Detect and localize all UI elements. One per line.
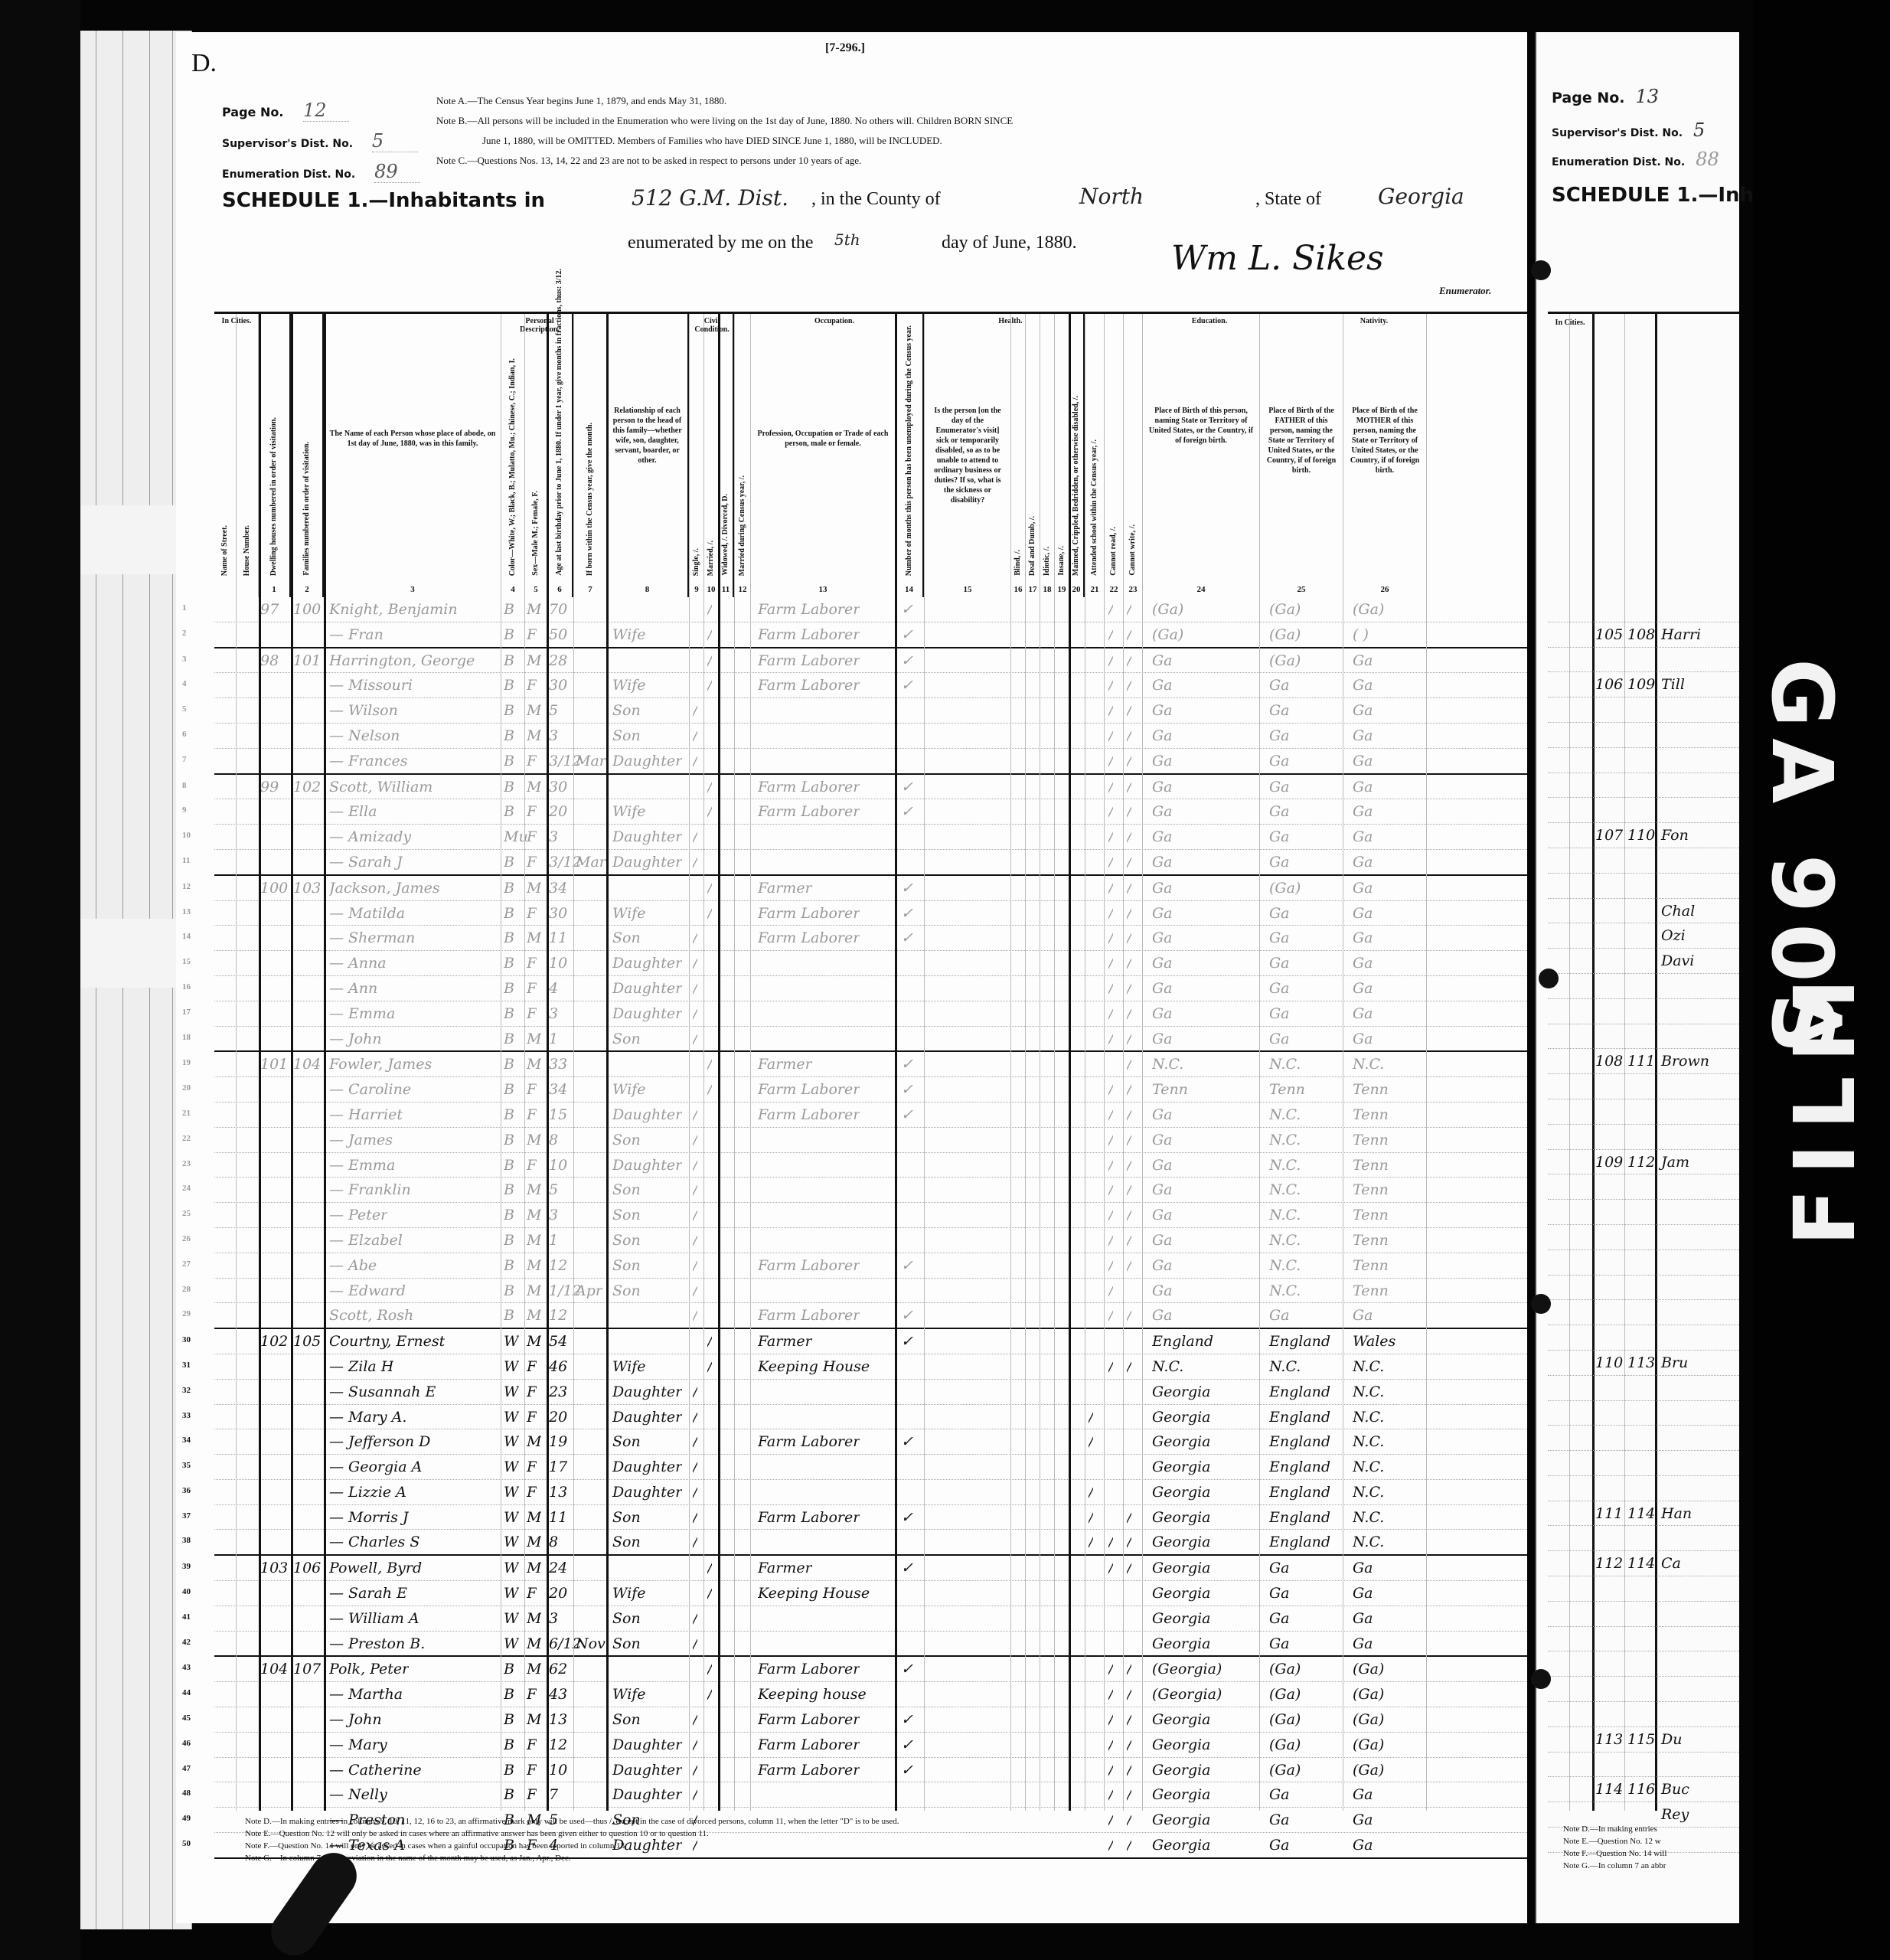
cannot-write-cell: / [1127, 1307, 1131, 1324]
cannot-write-cell: / [1127, 1005, 1131, 1022]
p2-table-row [1548, 1627, 1739, 1652]
occupation-cell: Farm Laborer [758, 1257, 860, 1274]
relationship-cell: Daughter [612, 1786, 682, 1803]
line-number: 8 [182, 781, 187, 790]
mother-birthplace-cell: (Ga) [1353, 1762, 1384, 1779]
p2-table-row [1548, 1225, 1739, 1250]
civil-condition-mark: / [707, 803, 712, 820]
father-birthplace-cell: Tenn [1269, 1081, 1305, 1098]
mother-birthplace-cell: ( ) [1353, 626, 1369, 643]
person-name: Du [1661, 1731, 1682, 1748]
relationship-cell: Wife [612, 1686, 646, 1703]
unemployed-cell: ✓ [901, 1333, 913, 1350]
p2-table-row [1548, 1200, 1739, 1225]
mother-birthplace-cell: Tenn [1353, 1282, 1389, 1299]
line-number: 9 [182, 805, 187, 815]
p2-table-row [1548, 1677, 1739, 1702]
column-rule [547, 314, 549, 1811]
dwelling-number: 109 [1595, 1154, 1623, 1171]
age-cell: 1 [549, 1232, 558, 1249]
sex-cell: M [527, 880, 541, 897]
occupation-cell: Farm Laborer [758, 1736, 860, 1753]
column-rule [1085, 314, 1085, 1811]
relationship-cell: Son [612, 1711, 641, 1728]
enumerator-label: Enumerator. [1439, 285, 1491, 297]
cannot-write-cell: / [1127, 828, 1131, 845]
column-rule [524, 314, 525, 1811]
family-number: 102 [293, 779, 321, 795]
sex-cell: F [527, 980, 537, 997]
p2-table-row [1548, 723, 1739, 748]
color-cell: B [504, 854, 514, 871]
occupation-cell: Farmer [758, 1056, 812, 1073]
day-value: 5th [834, 230, 860, 250]
enumerator-signature: Wm L. Sikes [1171, 239, 1384, 278]
relationship-cell: Daughter [612, 1762, 682, 1779]
color-cell: W [504, 1409, 519, 1426]
cannot-read-cell: / [1108, 626, 1113, 643]
mother-birthplace-cell: N.C. [1353, 1534, 1384, 1550]
p2-table-row: 114116Buc [1548, 1777, 1739, 1802]
unemployed-cell: ✓ [901, 1509, 913, 1526]
civil-condition-mark: / [693, 854, 697, 871]
table-row: 4646— MaryBF12DaughterFarm Laborer✓//Geo… [214, 1733, 1527, 1758]
census-page-12: [7-296.] D. Page No. 12 Supervisor's Dis… [176, 32, 1527, 1923]
column-rule [573, 314, 574, 1811]
cannot-read-cell: / [1108, 1106, 1113, 1123]
color-cell: W [504, 1534, 519, 1550]
cannot-read-cell: / [1108, 1181, 1113, 1198]
line-number: 50 [182, 1839, 191, 1848]
note-b-cont: June 1, 1880, will be OMITTED. Members o… [482, 135, 942, 147]
p2-table-row [1548, 1576, 1739, 1602]
p2-table-row [1548, 1753, 1739, 1778]
table-row: 4040— Sarah EWF20WifeKeeping HouseGeorgi… [214, 1581, 1527, 1606]
column-rule [895, 314, 897, 1811]
col-15: Is the person [on the day of the Enumera… [925, 314, 1011, 597]
relationship-cell: Son [612, 702, 641, 719]
age-cell: 12 [549, 1736, 567, 1753]
sex-cell: M [527, 1509, 541, 1526]
color-cell: B [504, 1005, 514, 1022]
line-number: 30 [182, 1335, 191, 1344]
cannot-read-cell: / [1108, 803, 1113, 820]
cannot-read-cell: / [1108, 1282, 1113, 1299]
line-number: 20 [182, 1083, 191, 1093]
p2-table-row [1548, 1074, 1739, 1099]
line-number: 11 [182, 856, 190, 865]
age-cell: 34 [549, 880, 567, 897]
column-rule [1010, 314, 1011, 1811]
school-cell: / [1089, 1409, 1093, 1426]
date-suffix: day of June, 1880. [942, 233, 1077, 253]
person-name: — Preston B. [329, 1635, 425, 1652]
p2-table-row [1548, 1250, 1739, 1276]
column-rule [1025, 314, 1026, 1811]
p2-table-row [1548, 1099, 1739, 1125]
color-cell: B [504, 1257, 514, 1274]
person-name: — Elzabel [329, 1232, 403, 1249]
unemployed-cell: ✓ [901, 1056, 913, 1073]
person-name: — Nelly [329, 1786, 387, 1803]
person-name: Harri [1661, 626, 1701, 643]
line-number: 16 [182, 982, 191, 991]
occupation-cell: Farm Laborer [758, 1762, 860, 1779]
color-cell: B [504, 779, 514, 795]
birthplace-cell: Georgia [1152, 1383, 1211, 1400]
relationship-cell: Son [612, 1132, 641, 1148]
cannot-write-cell: / [1127, 1762, 1131, 1779]
father-birthplace-cell: England [1269, 1459, 1330, 1475]
cannot-write-cell: / [1127, 626, 1131, 643]
age-cell: 54 [549, 1333, 567, 1350]
person-name: — John [329, 1031, 382, 1047]
col-6: Age at last birthday prior to June 1, 18… [547, 314, 574, 597]
cannot-write-cell: / [1127, 652, 1131, 669]
cannot-read-cell: / [1108, 1232, 1113, 1249]
color-cell: B [504, 1081, 514, 1098]
unemployed-cell: ✓ [901, 626, 913, 643]
age-cell: 1 [549, 1031, 558, 1047]
birthplace-cell: Georgia [1152, 1786, 1211, 1803]
supervisor-value: 5 [372, 130, 418, 152]
civil-condition-mark: / [693, 702, 697, 719]
mother-birthplace-cell: Ga [1353, 828, 1373, 845]
person-name: — John [329, 1711, 382, 1728]
dwelling-number: 111 [1595, 1505, 1623, 1522]
mother-birthplace-cell: Ga [1353, 905, 1373, 922]
father-birthplace-cell: Ga [1269, 803, 1290, 820]
p2-table-row [1548, 597, 1739, 622]
unemployed-cell: ✓ [901, 929, 913, 946]
color-cell: B [504, 1207, 514, 1223]
cannot-write-cell: / [1127, 1106, 1131, 1123]
table-row: 1414— ShermanBM11SonFarm Laborer✓//GaGaG… [214, 926, 1527, 951]
person-name: — Caroline [329, 1081, 411, 1098]
col-18: Idiotic, /.18 [1040, 314, 1055, 597]
father-birthplace-cell: (Ga) [1269, 626, 1301, 643]
table-row: 3398101Harrington, GeorgeBM28Farm Labore… [214, 648, 1527, 674]
column-rule [924, 314, 925, 1811]
color-cell: W [504, 1585, 519, 1602]
age-cell: 62 [549, 1661, 567, 1677]
p2-table-row [1548, 1651, 1739, 1677]
father-birthplace-cell: (Ga) [1269, 1661, 1301, 1677]
father-birthplace-cell: Ga [1269, 779, 1290, 795]
color-cell: B [504, 652, 514, 669]
mother-birthplace-cell: Tenn [1353, 1257, 1389, 1274]
age-cell: 28 [549, 652, 567, 669]
p2-table-row [1548, 1325, 1739, 1351]
color-cell: W [504, 1635, 519, 1652]
birthplace-cell: Georgia [1152, 1711, 1211, 1728]
mother-birthplace-cell: Ga [1353, 1811, 1373, 1828]
line-number: 7 [182, 755, 187, 764]
column-rule [703, 314, 704, 1811]
birthplace-cell: Ga [1152, 1181, 1173, 1198]
age-cell: 33 [549, 1056, 567, 1073]
relationship-cell: Daughter [612, 955, 682, 972]
schedule-title: SCHEDULE 1.—Inhabitants in [222, 189, 545, 212]
person-name: Bru [1661, 1354, 1688, 1371]
birthplace-cell: Ga [1152, 980, 1173, 997]
table-row: 2626— ElzabelBM1Son//GaN.C.Tenn/ [214, 1228, 1527, 1253]
civil-condition-mark: / [693, 1711, 697, 1728]
sex-cell: M [527, 1661, 541, 1677]
person-name: Powell, Byrd [329, 1560, 422, 1576]
page-no-field: Page No. 12 [222, 100, 349, 122]
table-row: 3434— Jefferson DWM19SonFarm Laborer✓/Ge… [214, 1429, 1527, 1455]
cannot-write-cell: / [1127, 929, 1131, 946]
birthplace-cell: Georgia [1152, 1560, 1211, 1576]
mother-birthplace-cell: Ga [1353, 980, 1373, 997]
civil-condition-mark: / [693, 828, 697, 845]
mother-birthplace-cell: N.C. [1353, 1056, 1384, 1073]
table-row: 1197100Knight, BenjaminBM70Farm Laborer✓… [214, 597, 1527, 622]
civil-condition-mark: / [693, 753, 697, 769]
sex-cell: F [527, 1409, 537, 1426]
mother-birthplace-cell: Ga [1353, 955, 1373, 972]
color-cell: B [504, 1157, 514, 1174]
cannot-read-cell: / [1108, 601, 1113, 618]
color-cell: B [504, 1056, 514, 1073]
dwelling-number: 100 [260, 880, 288, 897]
person-name: — Zila H [329, 1358, 393, 1375]
table-row: 2828— EdwardBM1/12AprSon/GaN.C.Tenn/ [214, 1279, 1527, 1304]
age-cell: 4 [549, 980, 558, 997]
relationship-cell: Wife [612, 905, 646, 922]
color-cell: B [504, 955, 514, 972]
age-cell: 11 [549, 1509, 567, 1526]
p2-table-row [1548, 748, 1739, 773]
occupation-cell: Farm Laborer [758, 1661, 860, 1677]
sex-cell: M [527, 1132, 541, 1148]
p2-rows: 105108Harri106109Till107110FonChalOziDav… [1548, 597, 1739, 1853]
cannot-write-cell: / [1127, 980, 1131, 997]
person-name: Scott, Rosh [329, 1307, 413, 1324]
civil-condition-mark: / [707, 1686, 712, 1703]
cannot-read-cell: / [1108, 1534, 1113, 1550]
cannot-read-cell: / [1108, 1736, 1113, 1753]
census-page-13-partial: Page No.13 Supervisor's Dist. No.5 Enume… [1535, 32, 1739, 1923]
age-cell: 3 [549, 1005, 558, 1022]
color-cell: B [504, 1106, 514, 1123]
occupation-cell: Farmer [758, 880, 812, 897]
occupation-cell: Farm Laborer [758, 803, 860, 820]
birthplace-cell: Georgia [1152, 1610, 1211, 1627]
unemployed-cell: ✓ [901, 652, 913, 669]
father-birthplace-cell: England [1269, 1484, 1330, 1501]
birthplace-cell: (Georgia) [1152, 1686, 1222, 1703]
column-rule [689, 314, 690, 1811]
color-cell: B [504, 1762, 514, 1779]
family-number: 110 [1627, 827, 1655, 844]
supervisor-field: Supervisor's Dist. No. 5 [222, 130, 418, 152]
relationship-cell: Daughter [612, 1484, 682, 1501]
cannot-write-cell: / [1127, 803, 1131, 820]
family-number: 116 [1627, 1781, 1655, 1798]
relationship-cell: Son [612, 727, 641, 744]
cannot-read-cell: / [1108, 652, 1113, 669]
p2-table-row: 112114Ca [1548, 1551, 1739, 1576]
cannot-read-cell: / [1108, 1811, 1113, 1828]
occupation-cell: Farm Laborer [758, 1509, 860, 1526]
dwelling-number: 112 [1595, 1555, 1623, 1572]
p2-table-row: 109112Jam [1548, 1150, 1739, 1175]
father-birthplace-cell: Ga [1269, 980, 1290, 997]
p2-table-row: 108111Brown [1548, 1049, 1739, 1074]
person-name: — Morris J [329, 1509, 409, 1526]
person-name: — Abe [329, 1257, 377, 1274]
column-rule [1259, 314, 1260, 1811]
sex-cell: M [527, 1610, 541, 1627]
cannot-write-cell: / [1127, 1081, 1131, 1098]
relationship-cell: Son [612, 1207, 641, 1223]
birthplace-cell: Ga [1152, 854, 1173, 871]
cannot-write-cell: / [1127, 1132, 1131, 1148]
p2-table-row: Ozi [1548, 923, 1739, 949]
sex-cell: F [527, 1762, 537, 1779]
table-row: 1616— AnnBF4Daughter//GaGaGa/ [214, 976, 1527, 1001]
sex-cell: M [527, 727, 541, 744]
color-cell: W [504, 1383, 519, 1400]
color-cell: B [504, 1786, 514, 1803]
binding-hole [1531, 1669, 1551, 1689]
color-cell: W [504, 1509, 519, 1526]
cannot-write-cell: / [1127, 1811, 1131, 1828]
person-name: Fon [1661, 827, 1689, 844]
person-name: Till [1661, 676, 1685, 693]
relationship-cell: Daughter [612, 1005, 682, 1022]
age-cell: 5 [549, 1181, 558, 1198]
cannot-read-cell: / [1108, 1031, 1113, 1047]
person-name: — Ann [329, 980, 377, 997]
person-name: — Georgia A [329, 1459, 422, 1475]
person-name: — Edward [329, 1282, 406, 1299]
occupation-cell: Farm Laborer [758, 779, 860, 795]
father-birthplace-cell: N.C. [1269, 1056, 1301, 1073]
mother-birthplace-cell: (Ga) [1353, 1686, 1384, 1703]
person-name: — Jefferson D [329, 1433, 430, 1450]
table-row: 4545— JohnBM13SonFarm Laborer✓//Georgia(… [214, 1707, 1527, 1733]
sex-cell: M [527, 1207, 541, 1223]
person-name: Courtny, Ernest [329, 1333, 445, 1350]
person-name: Rey [1661, 1806, 1689, 1823]
birthplace-cell: Ga [1152, 652, 1173, 669]
color-cell: W [504, 1610, 519, 1627]
column-rule [259, 314, 261, 1811]
county-label: , in the County of [811, 189, 941, 210]
col-house: House Number. [237, 314, 259, 597]
birthplace-cell: N.C. [1152, 1056, 1183, 1073]
birthplace-cell: Georgia [1152, 1762, 1211, 1779]
cannot-write-cell: / [1127, 1736, 1131, 1753]
table-row: 77— FrancesBF3/12MarDaughter//GaGaGa/ [214, 749, 1527, 775]
table-row: 99— EllaBF20WifeFarm Laborer✓//GaGaGa/ [214, 799, 1527, 825]
father-birthplace-cell: Ga [1269, 854, 1290, 871]
cannot-read-cell: / [1108, 980, 1113, 997]
cannot-write-cell: / [1127, 1232, 1131, 1249]
sex-cell: M [527, 1181, 541, 1198]
dwelling-number: 99 [260, 779, 279, 795]
person-name: Ozi [1661, 927, 1686, 944]
sex-cell: M [527, 779, 541, 795]
p2-table-row [1548, 798, 1739, 823]
table-row: 2727— AbeBM12SonFarm Laborer✓//GaN.C.Ten… [214, 1253, 1527, 1279]
occupation-cell: Farm Laborer [758, 626, 860, 643]
unemployed-cell: ✓ [901, 1762, 913, 1779]
person-name: — Peter [329, 1207, 387, 1223]
person-name: Jam [1661, 1154, 1689, 1171]
dwelling-number: 104 [260, 1661, 288, 1677]
cannot-write-cell: / [1127, 1686, 1131, 1703]
relationship-cell: Daughter [612, 980, 682, 997]
father-birthplace-cell: England [1269, 1383, 1330, 1400]
person-name: Jackson, James [329, 880, 440, 897]
binding-hole [1539, 969, 1559, 988]
p2-in-cities: In Cities. [1548, 318, 1592, 327]
civil-condition-mark: / [693, 1207, 697, 1223]
sex-cell: F [527, 1358, 537, 1375]
table-row: 44— MissouriBF30WifeFarm Laborer✓//GaGaG… [214, 673, 1527, 698]
occupation-cell: Farm Laborer [758, 905, 860, 922]
color-cell: B [504, 1711, 514, 1728]
line-number: 39 [182, 1562, 191, 1571]
age-cell: 8 [549, 1534, 558, 1550]
line-number: 47 [182, 1764, 191, 1773]
cannot-write-cell: / [1127, 1181, 1131, 1198]
cannot-read-cell: / [1108, 854, 1113, 871]
age-cell: 7 [549, 1786, 558, 1803]
p2-table-row: 111114Han [1548, 1501, 1739, 1527]
age-cell: 12 [549, 1307, 567, 1324]
mother-birthplace-cell: Ga [1353, 1635, 1373, 1652]
person-name: Brown [1661, 1053, 1709, 1070]
age-cell: 13 [549, 1711, 567, 1728]
person-name: — Frances [329, 753, 408, 769]
civil-condition-mark: / [693, 1534, 697, 1550]
p2-table-row: 110113Bru [1548, 1351, 1739, 1376]
table-row: 1111— Sarah JBF3/12MarDaughter//GaGaGa/ [214, 850, 1527, 876]
sex-cell: F [527, 905, 537, 922]
father-birthplace-cell: Ga [1269, 677, 1290, 694]
sex-cell: M [527, 1560, 541, 1576]
color-cell: B [504, 753, 514, 769]
cannot-read-cell: / [1108, 1081, 1113, 1098]
line-number: 44 [182, 1688, 191, 1697]
p2-table-row: Davi [1548, 949, 1739, 974]
line-number: 36 [182, 1486, 191, 1495]
cannot-read-cell: / [1108, 1005, 1113, 1022]
civil-condition-mark: / [693, 1736, 697, 1753]
color-cell: B [504, 803, 514, 820]
person-name: — Sherman [329, 929, 415, 946]
line-number: 22 [182, 1134, 191, 1143]
p2-table-row [1548, 874, 1739, 899]
mother-birthplace-cell: (Ga) [1353, 601, 1384, 618]
birthplace-cell: Ga [1152, 905, 1173, 922]
sex-cell: M [527, 652, 541, 669]
line-number: 17 [182, 1008, 191, 1017]
father-birthplace-cell: N.C. [1269, 1207, 1301, 1223]
p2-table-row [1548, 1476, 1739, 1501]
family-number: 101 [293, 652, 321, 669]
line-number: 24 [182, 1184, 191, 1193]
line-number: 2 [182, 629, 187, 638]
cannot-write-cell: / [1127, 702, 1131, 719]
occupation-cell: Farm Laborer [758, 1307, 860, 1324]
age-cell: 20 [549, 1585, 567, 1602]
